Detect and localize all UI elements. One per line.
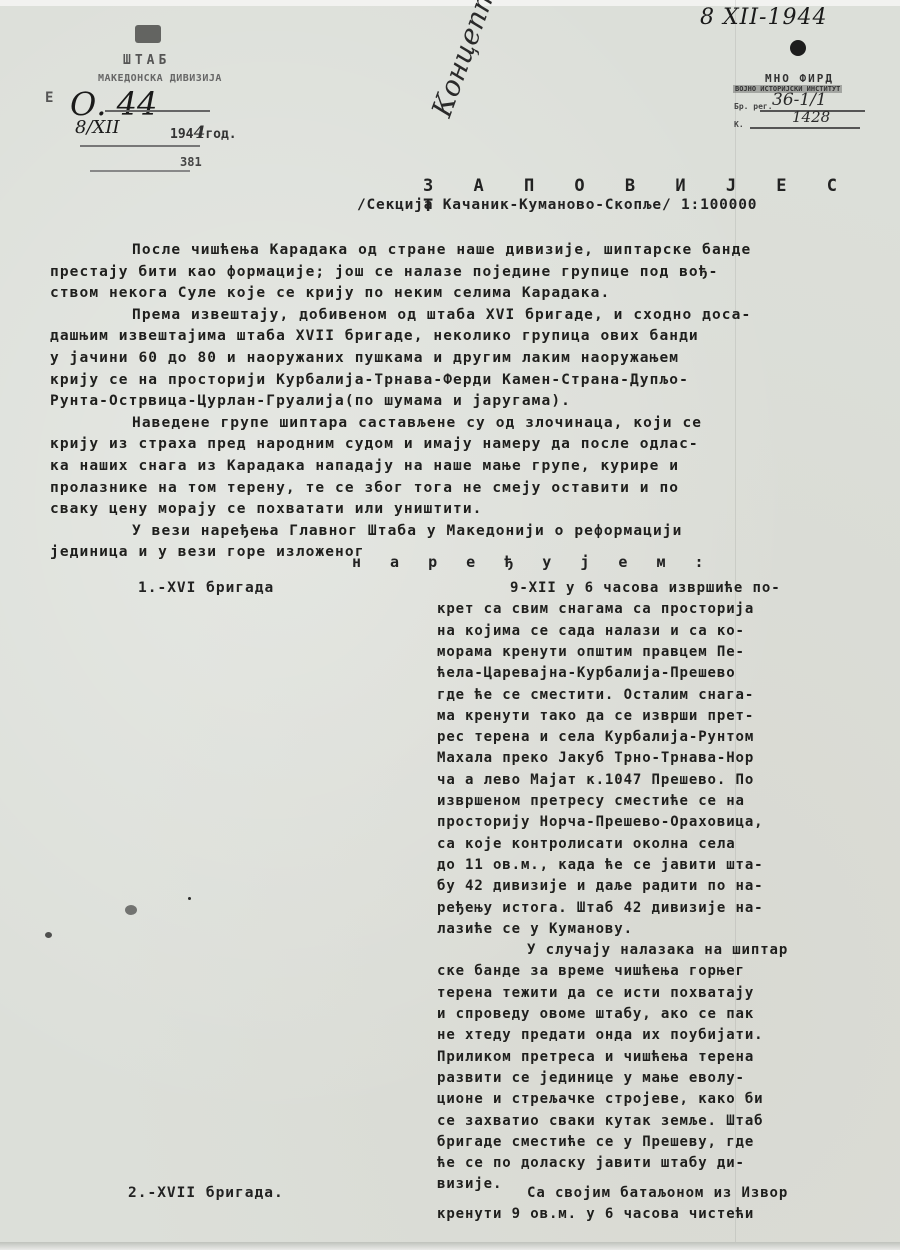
order-item-line: ча а лево Мајат к.1047 Прешево. По [437, 772, 754, 788]
order-item-line: рес терена и села Курбалија-Рунтом [437, 729, 754, 745]
order-item-line: кренути 9 ов.м. у 6 часова чистећи [437, 1206, 754, 1222]
order-item-line: лазиће се у Куманову. [437, 921, 633, 937]
order-item-label: 1.-XVI бригада [138, 580, 274, 596]
order-item-line: и спроведу овоме штабу, ако се пак [437, 1006, 754, 1022]
order-item-line: ске банде за време чишћења горњег [437, 963, 745, 979]
archive-field2-label: К. [734, 120, 744, 129]
order-item-label: 2.-XVII бригада. [128, 1185, 284, 1201]
registry-stamp: ШТАБ МАКЕДОНСКА ДИВИЗИЈА Е О. 44 8/XII 1… [95, 25, 295, 165]
order-item-line: терена тежити да се исти похватају [437, 985, 754, 1001]
order-item-line: морама кренути општим правцем Пе- [437, 644, 745, 660]
stamp-year-hand: 4 [193, 123, 205, 143]
emblem-icon [135, 25, 161, 43]
body-line: После чишћења Карадака од стране наше ди… [132, 242, 751, 258]
order-item-line: бу 42 дивизије и даље радити по на- [437, 878, 764, 894]
stamp-year-suffix: год. [205, 127, 236, 142]
body-line: дашњим извештајима штаба XVII бригаде, н… [50, 328, 699, 344]
archive-field1-value: 36-1/1 [772, 90, 827, 110]
stamp-underline [80, 145, 200, 147]
stamp-mark: Е [45, 90, 53, 106]
ink-speck [45, 932, 52, 938]
ink-speck [188, 897, 191, 900]
body-line: Рунта-Острвица-Цурлан-Груалија(по шумама… [50, 393, 571, 409]
body-line: ка наших снага из Карадака нападају на н… [50, 458, 679, 474]
archive-field2-line [750, 127, 860, 129]
orders-heading: н а р е ђ у ј е м : [352, 553, 714, 571]
stamp-date: 8/XII [75, 117, 120, 138]
order-item-line: до 11 ов.м., када ће се јавити шта- [437, 857, 764, 873]
body-line: ством некога Суле које се крију по неким… [50, 285, 610, 301]
body-line: У вези наређења Главног Штаба у Македони… [132, 523, 682, 539]
order-item-line: просторију Норча-Прешево-Ораховица, [437, 814, 764, 830]
order-item-line: крет са свим снагама са просторија [437, 601, 754, 617]
document-subtitle: /Секција Качаник-Куманово-Скопље/ 1:1000… [357, 197, 757, 213]
order-item-line: развити се јединице у мање еволу- [437, 1070, 745, 1086]
order-item-line: где ће се сместити. Осталим снага- [437, 687, 754, 703]
stamp-number-value: 44 [117, 85, 158, 123]
order-item-line: извршеном претресу сместиће се на [437, 793, 745, 809]
order-item-line: ционе и стрељачке стројеве, како би [437, 1091, 764, 1107]
body-line: пролазнике на том терену, те се због тог… [50, 480, 679, 496]
ink-dot-icon [790, 40, 806, 56]
body-line: Наведене групе шиптара састављене су од … [132, 415, 702, 431]
body-line: у јачини 60 до 80 и наоружаних пушкама и… [50, 350, 679, 366]
order-item-line: ће се по доласку јавити штабу ди- [437, 1155, 745, 1171]
order-item-line: У случају налазака на шиптар [527, 942, 788, 958]
order-item-line: на којима се сада налази и са ко- [437, 623, 745, 639]
stamp-underline [105, 110, 210, 112]
order-item-line: са које контролисати околна села [437, 836, 736, 852]
archive-stamp-title: МНО ФИРД [765, 72, 834, 85]
handwritten-note: Концепт [425, 0, 503, 121]
stamp-title: ШТАБ [123, 53, 170, 68]
stamp-subtitle: МАКЕДОНСКА ДИВИЗИЈА [98, 73, 222, 84]
body-line: крију из страха пред народним судом и им… [50, 436, 699, 452]
stamp-year: 1944год. [170, 123, 237, 143]
archive-field2-value: 1428 [792, 108, 830, 126]
scan-edge-bottom [0, 1242, 900, 1250]
order-item-line: визије. [437, 1176, 502, 1192]
order-item-line: Са својим батаљоном из Извор [527, 1185, 788, 1201]
handwritten-date: 8 XII-1944 [700, 5, 827, 30]
stamp-underline [90, 170, 190, 172]
order-item-line: не хтеду предати онда их поубијати. [437, 1027, 764, 1043]
order-item-line: 9-XII у 6 часова извршиће по- [510, 580, 781, 596]
order-item-line: ма кренути тако да се изврши прет- [437, 708, 754, 724]
order-item-line: Махала преко Јакуб Трно-Трнава-Нор [437, 750, 754, 766]
order-item-line: Приликом претреса и чишћења терена [437, 1049, 754, 1065]
body-line: јединица и у вези горе изложеног [50, 544, 365, 560]
document-page: ШТАБ МАКЕДОНСКА ДИВИЗИЈА Е О. 44 8/XII 1… [0, 0, 900, 1250]
ink-speck [125, 905, 137, 915]
order-item-line: бригаде сместиће се у Прешеву, где [437, 1134, 754, 1150]
order-item-line: ређењу истога. Штаб 42 дивизије на- [437, 900, 764, 916]
order-item-line: се захватио сваки кутак земље. Штаб [437, 1113, 764, 1129]
body-line: престају бити као формације; још се нала… [50, 264, 718, 280]
archive-stamp: МНО ФИРД ВОЈНО ИСТОРИЈСКИ ИНСТИТУТ Бр. р… [720, 40, 890, 150]
body-line: сваку цену морају се похватати или уништ… [50, 501, 483, 517]
order-item-line: ћела-Царевајна-Курбалија-Прешево [437, 665, 736, 681]
body-line: крију се на просторији Курбалија-Трнава-… [50, 372, 689, 388]
stamp-year-print: 194 [170, 127, 193, 142]
stamp-page-ref: 381 [180, 155, 202, 169]
body-line: Према извештају, добивеном од штаба XVI … [132, 307, 751, 323]
